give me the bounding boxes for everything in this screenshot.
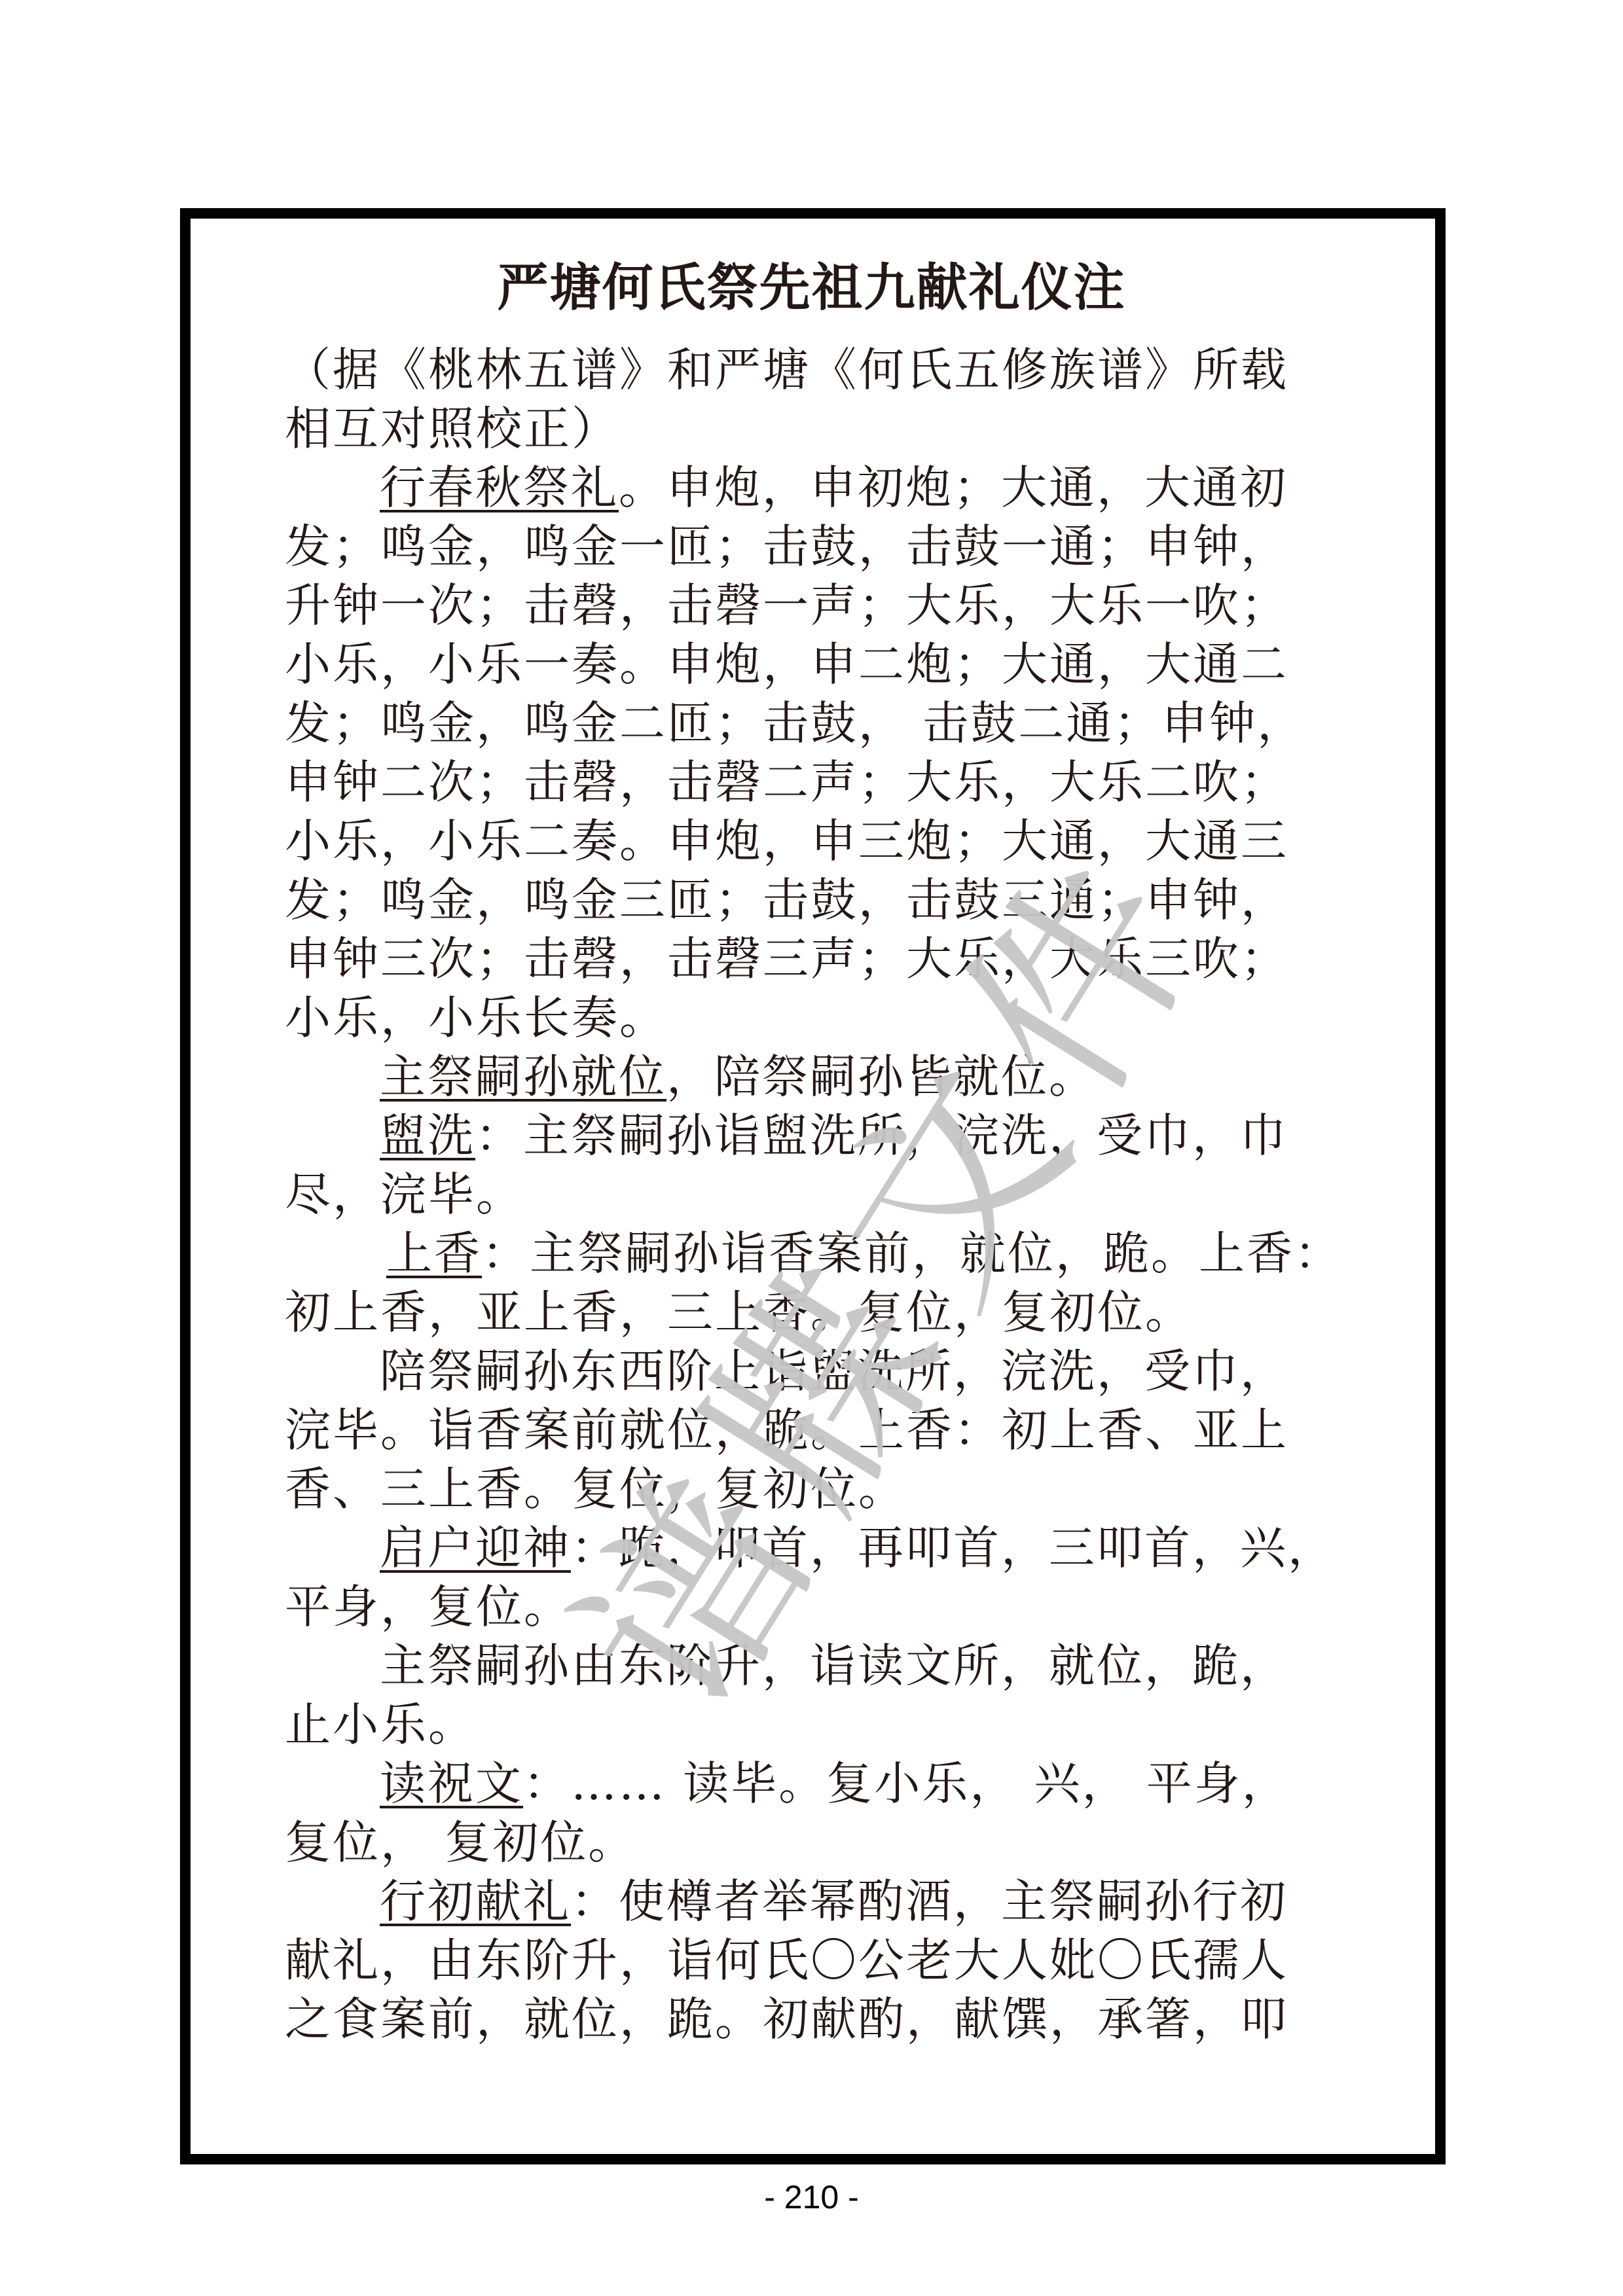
line-text: 止小乐。 [285, 1698, 476, 1751]
line-text: 香、三上香。复位，复初位。 [285, 1462, 906, 1516]
section-heading: 主祭嗣孙就位 [380, 1050, 666, 1103]
text-line: 发；鸣金，鸣金二匝；击鼓， 击鼓二通；申钟， [285, 694, 1345, 753]
section-heading: 启户迎神 [380, 1521, 571, 1575]
line-text: 小乐，小乐二奏。申炮，申三炮；大通，大通三 [285, 814, 1288, 868]
line-text: 发；鸣金，鸣金二匝；击鼓， 击鼓二通；申钟， [285, 696, 1305, 750]
line-text: 相互对照校正） [285, 402, 619, 456]
line-text: ，陪祭嗣孙皆就位。 [666, 1050, 1097, 1103]
text-line: 初上香，亚上香，三上香。复位，复初位。 [285, 1283, 1345, 1342]
line-text: 陪祭嗣孙东西阶上诣盥洗所，浣洗，受巾， [380, 1344, 1288, 1398]
line-text: 小乐，小乐长奏。 [285, 991, 667, 1045]
line-text: 。申炮，申初炮；大通，大通初 [619, 461, 1288, 514]
line-text: （据《桃林五谱》和严塘《何氏五修族谱》所载 [285, 343, 1288, 397]
text-line: 启户迎神：跪，叩首，再叩首，三叩首，兴， [285, 1518, 1345, 1577]
text-line: 小乐，小乐一奏。申炮，申二炮；大通，大通二 [285, 635, 1345, 694]
text-line: 香、三上香。复位，复初位。 [285, 1460, 1345, 1518]
line-text: 初上香，亚上香，三上香。复位，复初位。 [285, 1285, 1193, 1339]
text-line: 申钟二次；击磬，击磬二声；大乐，大乐二吹； [285, 753, 1345, 812]
section-heading: 上香 [386, 1227, 482, 1280]
text-line: 小乐，小乐二奏。申炮，申三炮；大通，大通三 [285, 812, 1345, 870]
document-body: （据《桃林五谱》和严塘《何氏五修族谱》所载 相互对照校正） 行春秋祭礼。申炮，申… [285, 340, 1345, 2049]
text-line: 盥洗：主祭嗣孙诣盥洗所，浣洗，受巾，巾 [285, 1106, 1345, 1165]
section-heading: 行春秋祭礼 [380, 461, 619, 514]
text-line: 陪祭嗣孙东西阶上诣盥洗所，浣洗，受巾， [285, 1342, 1345, 1401]
line-text: ：使樽者举幂酌酒，主祭嗣孙行初 [571, 1874, 1288, 1928]
text-line: 行春秋祭礼。申炮，申初炮；大通，大通初 [285, 458, 1345, 517]
text-line: 浣毕。诣香案前就位，跪。上香：初上香、亚上 [285, 1401, 1345, 1460]
line-text: 小乐，小乐一奏。申炮，申二炮；大通，大通二 [285, 637, 1288, 691]
line-text: 献礼，由东阶升，诣何氏〇公老大人妣〇氏孺人 [285, 1933, 1288, 1987]
line-text: 申钟二次；击磬，击磬二声；大乐，大乐二吹； [285, 755, 1288, 809]
line-text: 尽，浣毕。 [285, 1168, 524, 1221]
text-line: 尽，浣毕。 [285, 1165, 1345, 1224]
line-text: 申钟三次；击磬，击磬三声；大乐，大乐三吹； [285, 932, 1288, 986]
line-text: ：跪，叩首，再叩首，三叩首，兴， [571, 1521, 1336, 1575]
page-number: - 210 - [0, 2178, 1623, 2216]
document-title: 严塘何氏祭先祖九献礼仪注 [0, 259, 1623, 317]
text-line: 主祭嗣孙就位，陪祭嗣孙皆就位。 [285, 1047, 1345, 1106]
text-line: 发；鸣金，鸣金一匝；击鼓，击鼓一通；申钟， [285, 517, 1345, 576]
line-text: ：主祭嗣孙诣香案前，就位，跪。上香： [482, 1227, 1342, 1280]
text-line: 申钟三次；击磬，击磬三声；大乐，大乐三吹； [285, 929, 1345, 988]
line-text: 复位， 复初位。 [285, 1816, 636, 1869]
text-line: 行初献礼：使樽者举幂酌酒，主祭嗣孙行初 [285, 1872, 1345, 1931]
text-line: 小乐，小乐长奏。 [285, 988, 1345, 1047]
text-line: （据《桃林五谱》和严塘《何氏五修族谱》所载 [285, 340, 1345, 399]
text-line: 止小乐。 [285, 1695, 1345, 1754]
line-text: 平身，复位。 [285, 1580, 572, 1634]
text-line: 读祝文：…… 读毕。复小乐， 兴， 平身， [285, 1754, 1345, 1813]
section-heading: 读祝文 [380, 1757, 523, 1810]
text-line: 相互对照校正） [285, 399, 1345, 458]
text-line: 之食案前，就位，跪。初献酌，献馔，承箸，叩 [285, 1990, 1345, 2049]
line-text: 浣毕。诣香案前就位，跪。上香：初上香、亚上 [285, 1403, 1288, 1457]
section-heading: 盥洗 [380, 1109, 475, 1162]
text-line: 主祭嗣孙由东阶升，诣读文所，就位，跪， [285, 1636, 1345, 1695]
text-line: 上香：主祭嗣孙诣香案前，就位，跪。上香： [285, 1224, 1345, 1283]
text-line: 献礼，由东阶升，诣何氏〇公老大人妣〇氏孺人 [285, 1931, 1345, 1990]
line-text: ：…… 读毕。复小乐， 兴， 平身， [523, 1757, 1290, 1810]
text-line: 平身，复位。 [285, 1577, 1345, 1636]
line-text: 主祭嗣孙由东阶升，诣读文所，就位，跪， [380, 1639, 1288, 1693]
line-text: 发；鸣金，鸣金一匝；击鼓，击鼓一通；申钟， [285, 520, 1288, 573]
line-text: 之食案前，就位，跪。初献酌，献馔，承箸，叩 [285, 1992, 1288, 2046]
section-heading: 行初献礼 [380, 1874, 571, 1928]
text-line: 发；鸣金，鸣金三匝；击鼓，击鼓三通；申钟， [285, 870, 1345, 929]
text-line: 升钟一次；击磬，击磬一声；大乐，大乐一吹； [285, 576, 1345, 635]
line-text: 升钟一次；击磬，击磬一声；大乐，大乐一吹； [285, 579, 1288, 632]
line-text: ：主祭嗣孙诣盥洗所，浣洗，受巾，巾 [475, 1109, 1288, 1162]
text-line: 复位， 复初位。 [285, 1813, 1345, 1872]
line-text: 发；鸣金，鸣金三匝；击鼓，击鼓三通；申钟， [285, 873, 1288, 927]
